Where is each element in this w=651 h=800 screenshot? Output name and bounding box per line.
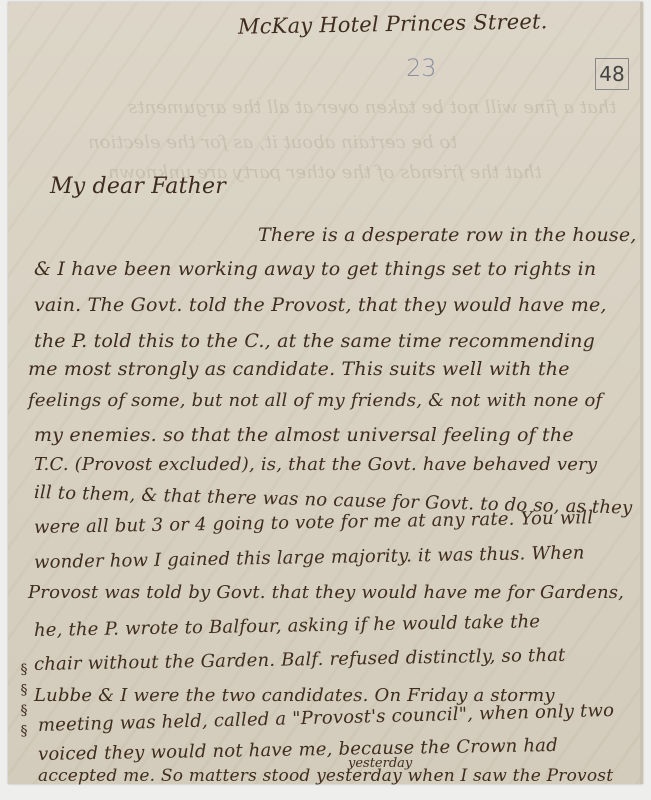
body-line: Provost was told by Govt. that they woul… (28, 582, 624, 603)
letter-address-header: McKay Hotel Princes Street. (238, 9, 548, 38)
body-line: accepted me. So matters stood yesterday … (38, 766, 613, 786)
margin-marks: § § § § (16, 662, 28, 743)
body-line: were all but 3 or 4 going to vote for me… (34, 507, 594, 538)
inserted-word: yesterday (348, 756, 412, 771)
body-line: chair without the Garden. Balf. refused … (34, 645, 566, 675)
body-line: my enemies. so that the almost universal… (34, 424, 574, 446)
bleed-through-text: that a fine will not be taken over at al… (128, 97, 617, 118)
folio-number: 23 (406, 54, 437, 82)
bleed-through-text: to be certain about it, as for the elect… (88, 132, 457, 153)
body-line: vain. The Govt. told the Provost, that t… (34, 294, 607, 316)
body-line: wonder how I gained this large majority.… (34, 542, 585, 573)
margin-mark-text: § § § § (16, 662, 32, 739)
body-line: T.C. (Provost excluded), is, that the Go… (34, 454, 597, 475)
body-line: voiced they would not have me, because t… (38, 735, 558, 765)
body-line: me most strongly as candidate. This suit… (28, 358, 570, 380)
body-line: the P. told this to the C., at the same … (34, 330, 595, 352)
salutation: My dear Father (50, 174, 226, 199)
body-line: & I have been working away to get things… (34, 258, 596, 280)
body-line: feelings of some, but not all of my frie… (28, 390, 602, 411)
letter-page: that a fine will not be taken over at al… (8, 2, 643, 784)
body-line: There is a desperate row in the house, (258, 224, 637, 246)
archive-number-box: 48 (595, 58, 629, 90)
body-line: he, the P. wrote to Balfour, asking if h… (34, 611, 541, 641)
